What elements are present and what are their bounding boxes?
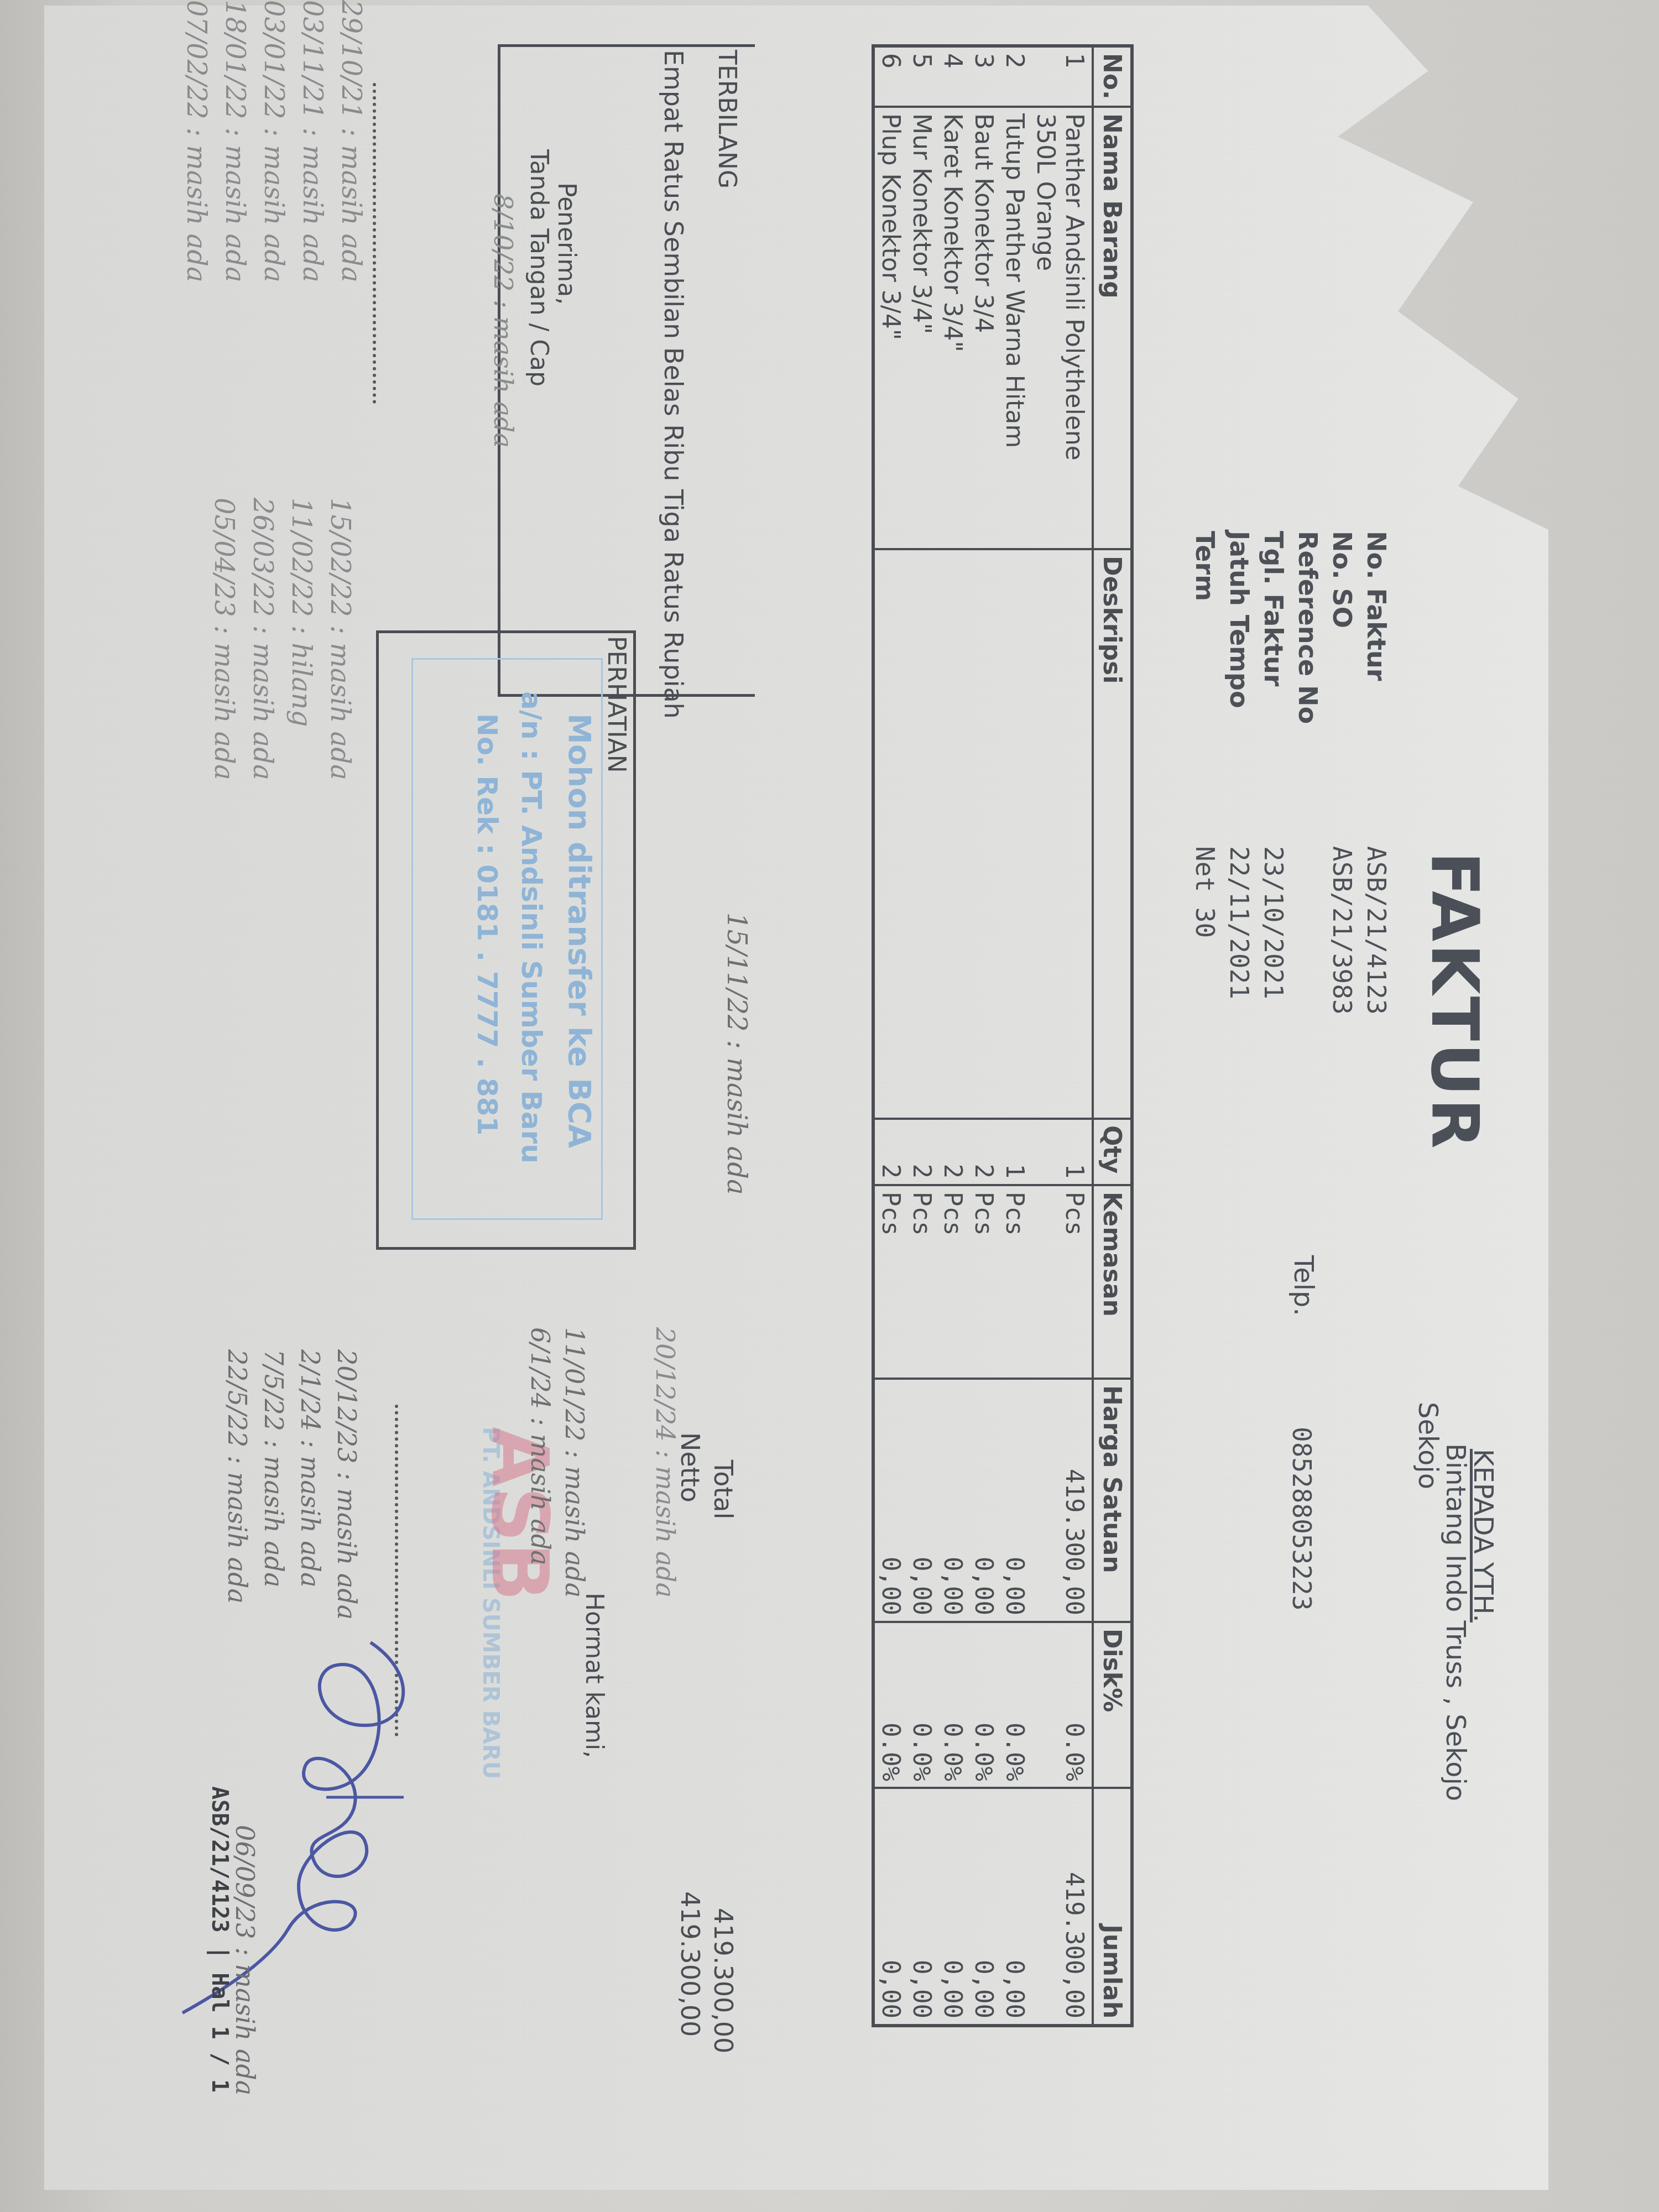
handwritten-note: 05/04/23 : masih ada [205,498,243,780]
row-unit: Pcs [999,1185,1030,1379]
handwritten-note: 11/01/22 : masih ada [557,1327,592,1598]
handwritten-note: 07/02/22 : masih ada [177,0,216,283]
table-row: 5 Mur Konektor 3/4" 2 Pcs 0,00 0.0% 0,00 [906,46,937,2026]
phone-value: 085288053223 [1285,1427,1319,1610]
row-desc [873,549,906,1119]
row-amount: 0,00 [906,1788,937,2026]
row-amount: 0,00 [968,1788,999,2026]
table-row: 4 Karet Konektor 3/4" 2 Pcs 0,00 0.0% 0,… [937,46,968,2026]
row-price: 0,00 [906,1379,937,1622]
row-price: 0,00 [999,1379,1030,1622]
row-desc [999,549,1030,1119]
row-unit: Pcs [906,1185,937,1379]
row-qty: 2 [906,1119,937,1185]
recipient-name: Bintang Indo Truss , Sekojo [1440,1443,1471,1801]
row-unit: Pcs [968,1185,999,1379]
col-kemasan: Kemasan [1093,1185,1132,1379]
handwritten-note: 15/02/22 : masih ada [321,498,359,780]
handwritten-note: 11/02/22 : hilang [282,498,321,780]
table-row: 1 Panther Andsinli Polythelene350L Orang… [1030,46,1093,2026]
item-name-line2: 350L Orange [1031,113,1060,542]
col-disk: Disk% [1093,1622,1132,1788]
account-name: a/n : PT. Andsinli Sumber Baru [515,691,547,1164]
handwritten-notes-left: 29/10/21 : masih ada 03/11/21 : masih ad… [177,0,371,283]
handwritten-note: 2/1/24 : masih ada [292,1349,328,1620]
handwritten-note: 8/10/22 : masih ada [487,194,520,448]
invoice-title: FAKTUR [1417,852,1493,1151]
recipient-city: Sekojo [1412,1402,1443,1489]
total-label: Total [708,1460,738,1519]
handwritten-notes-signature-area: 8/10/22 : masih ada [487,194,520,448]
row-name: Tutup Panther Warna Hitam [999,107,1030,549]
row-disc: 0.0% [999,1622,1030,1788]
handwritten-note: 18/01/22 : masih ada [216,0,254,283]
handwritten-note: 22/5/22 : masih ada [219,1349,255,1620]
col-deskripsi: Deskripsi [1093,549,1132,1119]
meta-labels: No. Faktur No. SO Reference No Tgl. Fakt… [1188,531,1394,724]
row-price: 0,00 [937,1379,968,1622]
meta-label-tgl-faktur: Tgl. Faktur [1256,531,1291,724]
row-name: Mur Konektor 3/4" [906,107,937,549]
meta-label-term: Term [1188,531,1222,724]
row-no: 3 [968,46,999,107]
row-qty: 2 [968,1119,999,1185]
total-value: 419.300,00 [708,1908,738,2053]
handwritten-note-terbilang: 15/11/22 : masih ada [721,912,752,1195]
row-unit: Pcs [873,1185,906,1379]
table-header-row: No. Nama Barang Deskripsi Qty Kemasan Ha… [1093,46,1132,2026]
row-disc: 0.0% [937,1622,968,1788]
row-price: 0,00 [968,1379,999,1622]
handwritten-note: 26/03/22 : masih ada [243,498,282,780]
row-desc [906,549,937,1119]
transfer-instruction: Mohon ditransfer ke BCA [561,713,597,1148]
meta-value-jatuh-tempo: 22/11/2021 [1222,846,1256,1015]
receiver-label: Penerima, [552,182,581,305]
col-qty: Qty [1093,1119,1132,1185]
meta-label-reference: Reference No [1291,531,1325,724]
col-harga-satuan: Harga Satuan [1093,1379,1132,1622]
row-price: 419.300,00 [1030,1379,1093,1622]
row-name: Plup Konektor 3/4" [873,107,906,549]
receiver-signature-line [373,83,376,404]
handwritten-notes-bottom-right: 20/12/23 : masih ada 2/1/24 : masih ada … [219,1349,365,1620]
handwritten-note: 29/10/21 : masih ada [332,0,371,283]
meta-label-jatuh-tempo: Jatuh Tempo [1222,531,1256,724]
row-unit: Pcs [937,1185,968,1379]
handwritten-note: 03/01/22 : masih ada [254,0,293,283]
row-no: 1 [1030,46,1093,107]
item-name: Panther Andsinli Polythelene [1060,113,1088,542]
row-name: Panther Andsinli Polythelene350L Orange [1030,107,1093,549]
signature-label: Tanda Tangan / Cap [525,149,553,387]
meta-label-no-faktur: No. Faktur [1359,531,1394,724]
handwritten-note-footer: 06/09/23 : masih ada [230,1825,260,2095]
account-number: No. Rek : 0181 . 7777 . 881 [471,713,503,1135]
sender-label: Hormat kami, [580,1593,608,1758]
col-no: No. [1093,46,1132,107]
table-row: 2 Tutup Panther Warna Hitam 1 Pcs 0,00 0… [999,46,1030,2026]
meta-values: ASB/21/4123 ASB/21/3983 23/10/2021 22/11… [1188,846,1394,1015]
row-amount: 419.300,00 [1030,1788,1093,2026]
handwritten-note: 6/1/24 : masih ada [523,1327,557,1598]
row-name: Karet Konektor 3/4" [937,107,968,549]
phone-label: Telp. [1288,1255,1319,1316]
handwritten-notes-mid: 15/02/22 : masih ada 11/02/22 : hilang 2… [205,498,359,780]
handwritten-note: 20/12/23 : masih ada [328,1349,365,1620]
table-row: 6 Plup Konektor 3/4" 2 Pcs 0,00 0.0% 0,0… [873,46,906,2026]
row-unit: Pcs [1030,1185,1093,1379]
meta-value-tgl-faktur: 23/10/2021 [1256,846,1291,1015]
row-disc: 0.0% [968,1622,999,1788]
terbilang-label: TERBILANG [713,50,741,189]
table-row: 3 Baut Konektor 3/4 2 Pcs 0,00 0.0% 0,00 [968,46,999,2026]
row-qty: 2 [873,1119,906,1185]
row-desc [937,549,968,1119]
handwritten-note: 03/11/21 : masih ada [293,0,332,283]
row-disc: 0.0% [906,1622,937,1788]
meta-value-term: Net 30 [1188,846,1222,1015]
meta-label-no-so: No. SO [1325,531,1359,724]
footer-page-code: ASB/21/4123 | Hal 1 / 1 [207,1786,232,2093]
row-amount: 0,00 [873,1788,906,2026]
col-nama-barang: Nama Barang [1093,107,1132,549]
row-amount: 0,00 [937,1788,968,2026]
handwritten-notes-right: 11/01/22 : masih ada 6/1/24 : masih ada [523,1327,592,1598]
row-desc [1030,549,1093,1119]
row-disc: 0.0% [873,1622,906,1788]
row-no: 6 [873,46,906,107]
row-price: 0,00 [873,1379,906,1622]
row-amount: 0,00 [999,1788,1030,2026]
items-table: No. Nama Barang Deskripsi Qty Kemasan Ha… [872,44,1134,2027]
row-qty: 2 [937,1119,968,1185]
row-desc [968,549,999,1119]
terbilang-text: Empat Ratus Sembilan Belas Ribu Tiga Rat… [659,50,688,719]
meta-value-no-faktur: ASB/21/4123 [1359,846,1394,1015]
row-disc: 0.0% [1030,1622,1093,1788]
recipient-label: KEPADA YTH. [1468,1449,1499,1623]
row-qty: 1 [999,1119,1030,1185]
perhatian-label: PERHATIAN [602,636,630,773]
row-name: Baut Konektor 3/4 [968,107,999,549]
col-jumlah: Jumlah [1093,1788,1132,2026]
meta-value-no-so: ASB/21/3983 [1325,846,1359,1015]
meta-value-reference [1291,846,1325,1015]
handwritten-note: 7/5/22 : masih ada [255,1349,292,1620]
netto-value: 419.300,00 [675,1891,705,2037]
invoice-document: FAKTUR KEPADA YTH. Bintang Indo Truss , … [0,0,1659,2212]
row-qty: 1 [1030,1119,1093,1185]
row-no: 5 [906,46,937,107]
row-no: 4 [937,46,968,107]
row-no: 2 [999,46,1030,107]
handwritten-note-netto: 20/12/24 : masih ada [650,1327,680,1598]
